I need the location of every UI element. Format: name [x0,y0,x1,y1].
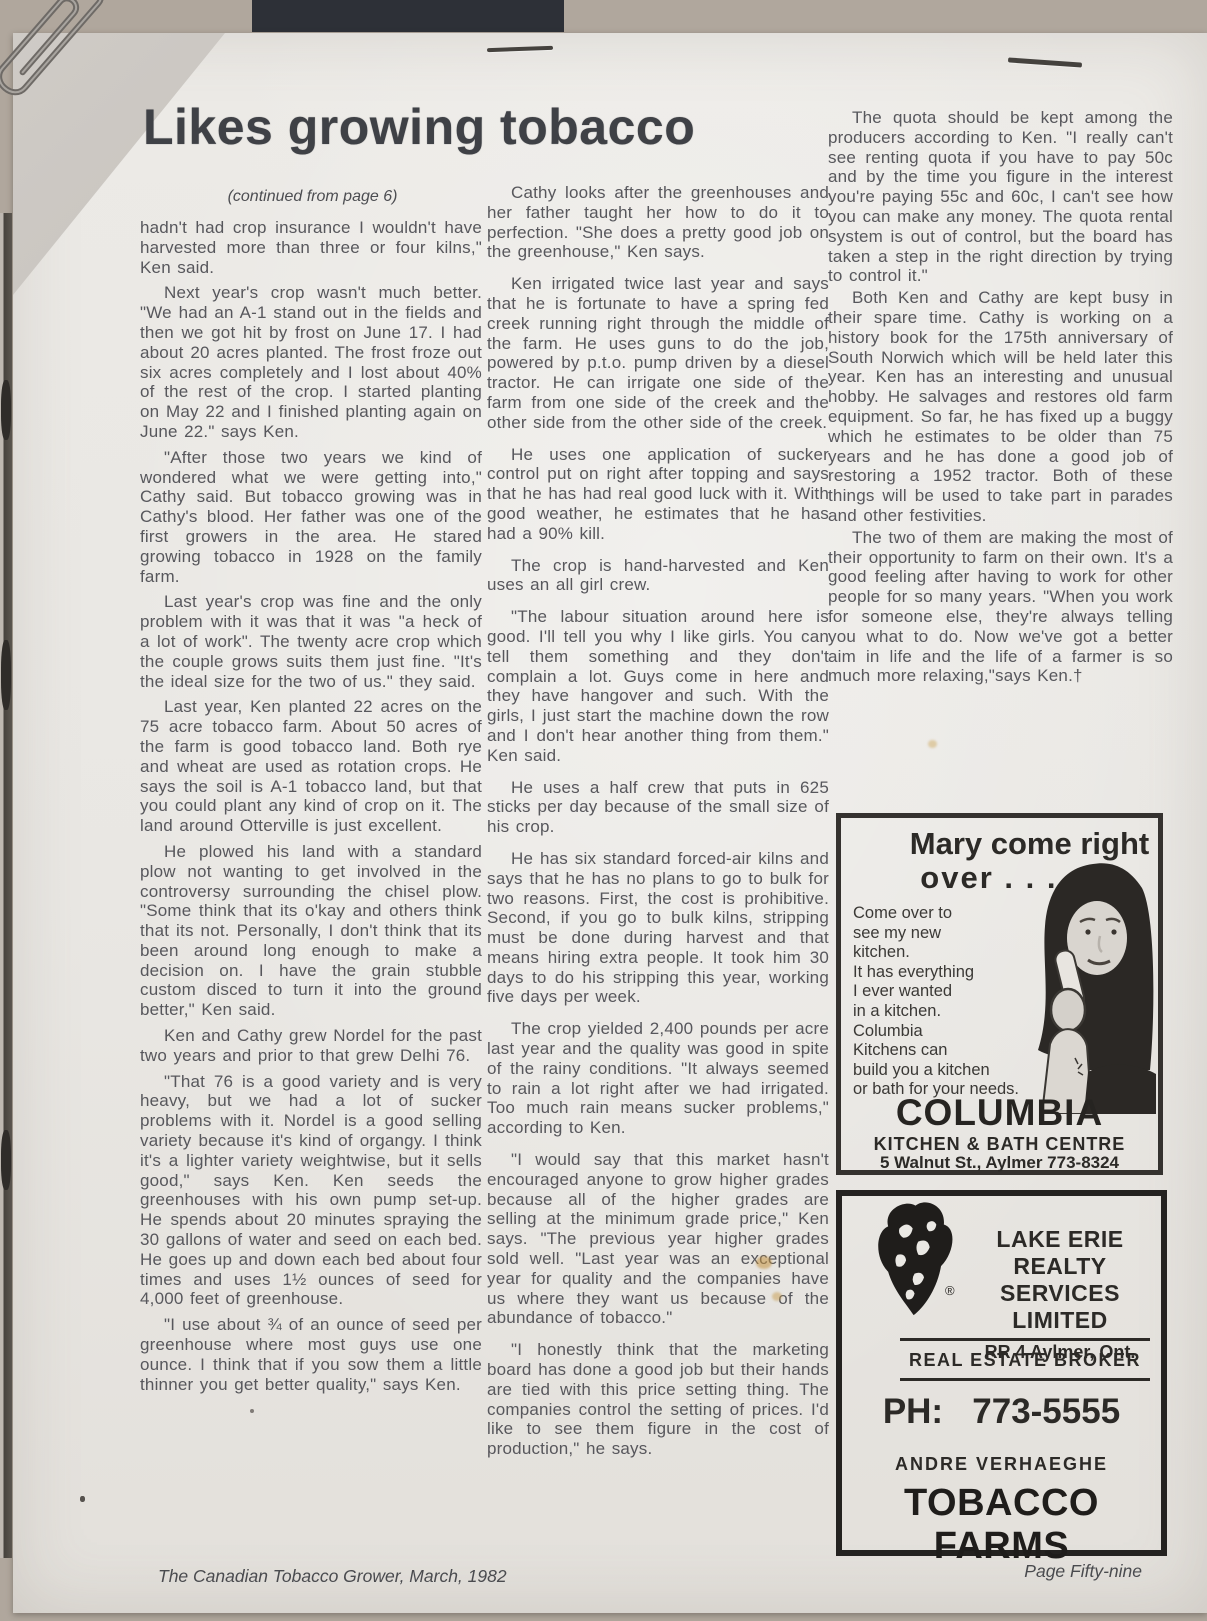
article-paragraph: He has six standard forced-air kilns and… [487,849,829,1007]
paper-stain [756,1256,772,1269]
business-name: TOBACCO FARMS [842,1482,1161,1568]
footer-page-number: Page Fifty-nine [980,1561,1142,1582]
article-paragraph: Next year's crop wasn't much better. "We… [140,283,482,441]
article-paragraph: Ken irrigated twice last year and says t… [487,274,829,432]
paper-speck [250,1409,254,1413]
woman-on-phone-photo [1030,858,1156,1114]
continued-note: (continued from page 6) [140,188,485,206]
columbia-ad-body: Come over to see my new kitchen. It has … [853,904,1058,1100]
article-paragraph: The two of them are making the most of t… [828,528,1173,686]
article-column-1: hadn't had crop insurance I wouldn't hav… [140,218,482,1400]
lake-erie-name-line1: LAKE ERIE REALTY [960,1226,1160,1280]
article-paragraph: "That 76 is a good variety and is very h… [140,1072,482,1310]
phone-number: PH: 773-5555 [842,1392,1161,1432]
article-paragraph: "After those two years we kind of wonder… [140,448,482,587]
article-paragraph: Last year's crop was fine and the only p… [140,592,482,691]
article-paragraph: He uses one application of sucker contro… [487,445,829,544]
paper-speck [80,1496,85,1502]
lake-erie-name-line2: SERVICES LIMITED [960,1280,1160,1334]
article-paragraph: He plowed his land with a standard plow … [140,842,482,1020]
broker-label: REAL ESTATE BROKER [900,1338,1150,1381]
scan-edge-blob [1,640,11,710]
article-paragraph: The crop yielded 2,400 pounds per acre l… [487,1019,829,1138]
article-paragraph: "The labour situation around here is goo… [487,607,829,765]
lake-erie-logo [870,1200,962,1318]
article-paragraph: He uses a half crew that puts in 625 sti… [487,778,829,837]
article-paragraph: Last year, Ken planted 22 acres on the 7… [140,697,482,836]
columbia-ad-headline: Mary come right [871,826,1188,862]
article-paragraph: The crop is hand-harvested and Ken uses … [487,556,829,596]
registered-trademark-icon: ® [945,1283,955,1298]
scanned-magazine-page: Likes growing tobacco (continued from pa… [0,0,1207,1621]
article-paragraph: "I use about ¾ of an ounce of seed per g… [140,1315,482,1394]
columbia-kitchen-ad: Mary come right over . . . . Come over t… [836,813,1163,1175]
agent-name: ANDRE VERHAEGHE [842,1454,1161,1475]
article-paragraph: Both Ken and Cathy are kept busy in thei… [828,288,1173,526]
page-title: Likes growing tobacco [143,98,768,156]
scan-edge-blob [1,1130,11,1190]
article-paragraph: Ken and Cathy grew Nordel for the past t… [140,1026,482,1066]
article-column-2: Cathy looks after the greenhouses and he… [487,183,829,1471]
columbia-address: 5 Walnut St., Aylmer 773-8324 [841,1153,1158,1173]
scan-edge-blob [1,380,11,440]
paper-stain [928,740,937,748]
article-paragraph: The quota should be kept among the produ… [828,108,1173,286]
article-paragraph: hadn't had crop insurance I wouldn't hav… [140,218,482,277]
article-paragraph: Cathy looks after the greenhouses and he… [487,183,829,262]
article-paragraph: "I honestly think that the marketing boa… [487,1340,829,1459]
backdrop-dark-band [252,0,564,32]
columbia-brand: COLUMBIA [841,1092,1158,1134]
columbia-subtitle: KITCHEN & BATH CENTRE [841,1134,1158,1155]
paper-stain [772,1292,782,1301]
footer-publication: The Canadian Tobacco Grower, March, 1982 [158,1566,507,1587]
lake-erie-realty-ad: ® LAKE ERIE REALTY SERVICES LIMITED RR 4… [836,1190,1167,1556]
article-column-3: The quota should be kept among the produ… [828,108,1173,688]
article-paragraph: "I would say that this market hasn't enc… [487,1150,829,1328]
